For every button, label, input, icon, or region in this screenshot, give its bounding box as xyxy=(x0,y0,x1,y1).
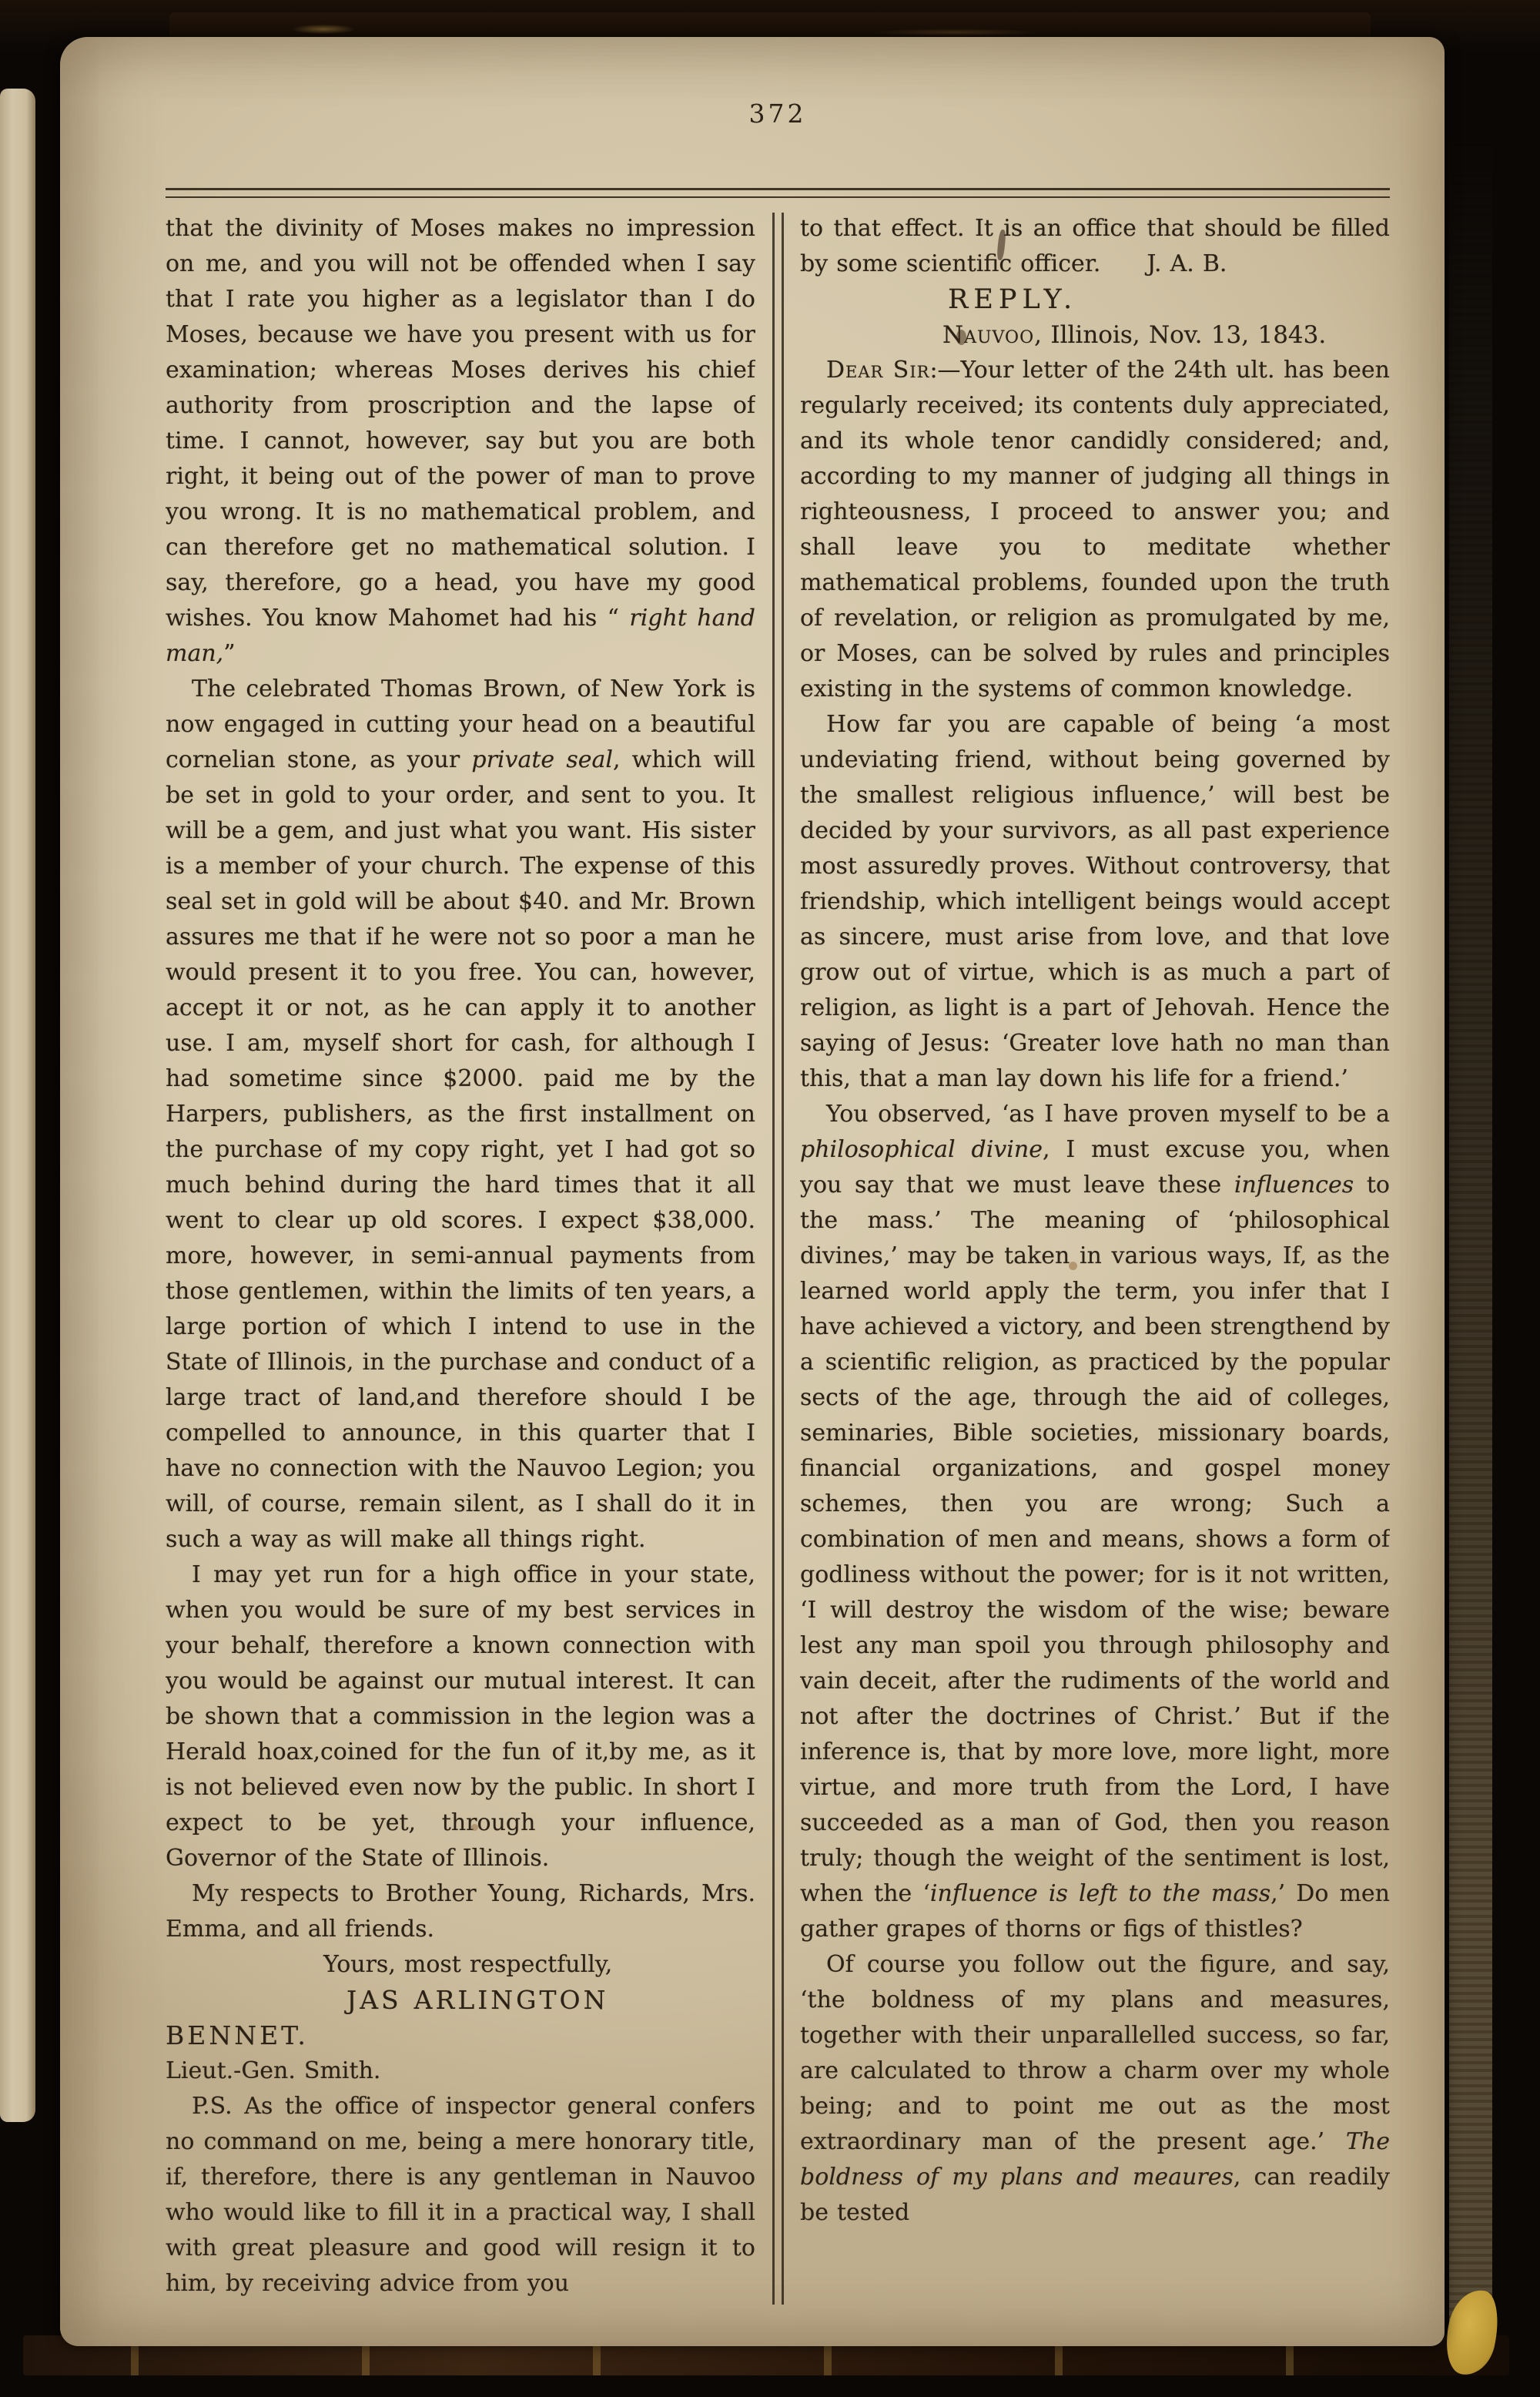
reply-paragraph: Of course you follow out the figure, and… xyxy=(800,1947,1390,2231)
letter-body-paragraph: I may yet run for a high office in your … xyxy=(166,1557,755,1876)
signature: JAS ARLINGTON BENNET. xyxy=(166,1983,755,2053)
reply-paragraph: How far you are capable of being ‘a most… xyxy=(800,707,1390,1097)
reply-heading: REPLY. xyxy=(800,282,1390,317)
photo-background: 372 that the divinity of Moses makes no … xyxy=(0,0,1540,2397)
page-number: 372 xyxy=(166,99,1390,129)
letter-body-paragraph: My respects to Brother Young, Richards, … xyxy=(166,1876,755,1947)
right-column: to that effect. It is an office that sho… xyxy=(800,211,1390,2309)
addressee: Lieut.-Gen. Smith. xyxy=(166,2053,755,2089)
previous-page-edge xyxy=(0,89,35,2122)
fore-edge-pages xyxy=(1449,108,1492,2342)
two-column-layout: that the divinity of Moses makes no impr… xyxy=(166,211,1390,2309)
printed-text-area: 372 that the divinity of Moses makes no … xyxy=(166,37,1390,2346)
left-column: that the divinity of Moses makes no impr… xyxy=(166,211,755,2309)
dateline: Nauvoo, Illinois, Nov. 13, 1843. xyxy=(800,317,1390,353)
reply-paragraph: You observed, ‘as I have proven myself t… xyxy=(800,1097,1390,1947)
letter-body-paragraph: The celebrated Thomas Brown, of New York… xyxy=(166,672,755,1557)
book-page: 372 that the divinity of Moses makes no … xyxy=(60,37,1445,2346)
reply-paragraph: Dear Sir:—Your letter of the 24th ult. h… xyxy=(800,353,1390,707)
foxing-spot xyxy=(471,1824,478,1831)
foxing-spot xyxy=(1069,1262,1077,1270)
postscript: P.S. As the office of inspector general … xyxy=(166,2089,755,2301)
header-double-rule xyxy=(166,188,1390,198)
valediction: Yours, most respectfully, xyxy=(166,1947,755,1983)
postscript-continuation: to that effect. It is an office that sho… xyxy=(800,211,1390,282)
letter-body-paragraph: that the divinity of Moses makes no impr… xyxy=(166,211,755,672)
column-divider-rule xyxy=(772,213,784,2305)
ink-fleck xyxy=(956,330,966,345)
